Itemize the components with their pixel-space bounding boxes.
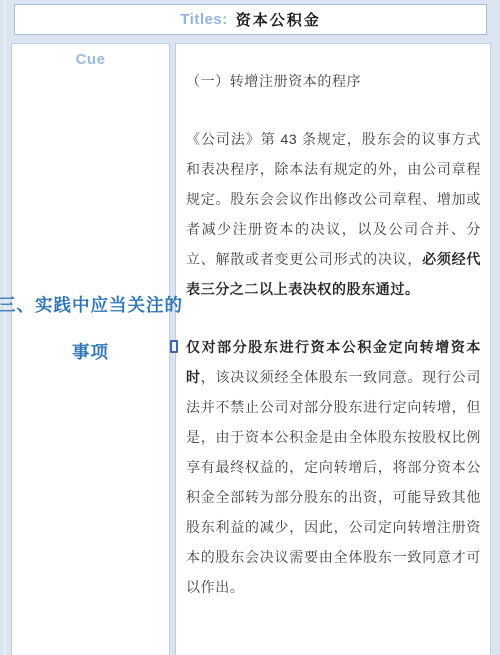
section-heading-line2: 事项 [0,329,186,376]
paragraph-procedure-heading: （一）转增注册资本的程序 [186,66,481,96]
notes-column: （一）转增注册资本的程序 《公司法》第 43 条规定，股东会的议事方式和表决程序… [175,43,491,655]
document-title-bar: Titles: 资本公积金 [14,4,487,35]
cue-column: Cue 三、实践中应当关注的 事项 [11,43,170,655]
title-label: Titles: [180,11,227,28]
notes-table: Cue 三、实践中应当关注的 事项 （一）转增注册资本的程序 《公司法》第 43… [11,43,491,655]
paragraph-company-law-normal: 《公司法》第 43 条规定，股东会的议事方式和表决程序，除本法有规定的外，由公司… [186,131,481,267]
paragraph-company-law: 《公司法》第 43 条规定，股东会的议事方式和表决程序，除本法有规定的外，由公司… [186,124,481,304]
section-heading: 三、实践中应当关注的 事项 [0,282,186,376]
paragraph-directed-conversion-normal: ，该决议须经全体股东一致同意。现行公司法并不禁止公司对部分股东进行定向转增，但是… [186,369,481,595]
comment-anchor-icon [170,340,178,353]
paragraph-directed-conversion: 仅对部分股东进行资本公积金定向转增资本时，该决议须经全体股东一致同意。现行公司法… [186,332,481,602]
section-heading-line1: 三、实践中应当关注的 [0,282,186,329]
page-title: 资本公积金 [236,9,321,30]
cue-label: Cue [12,51,169,68]
